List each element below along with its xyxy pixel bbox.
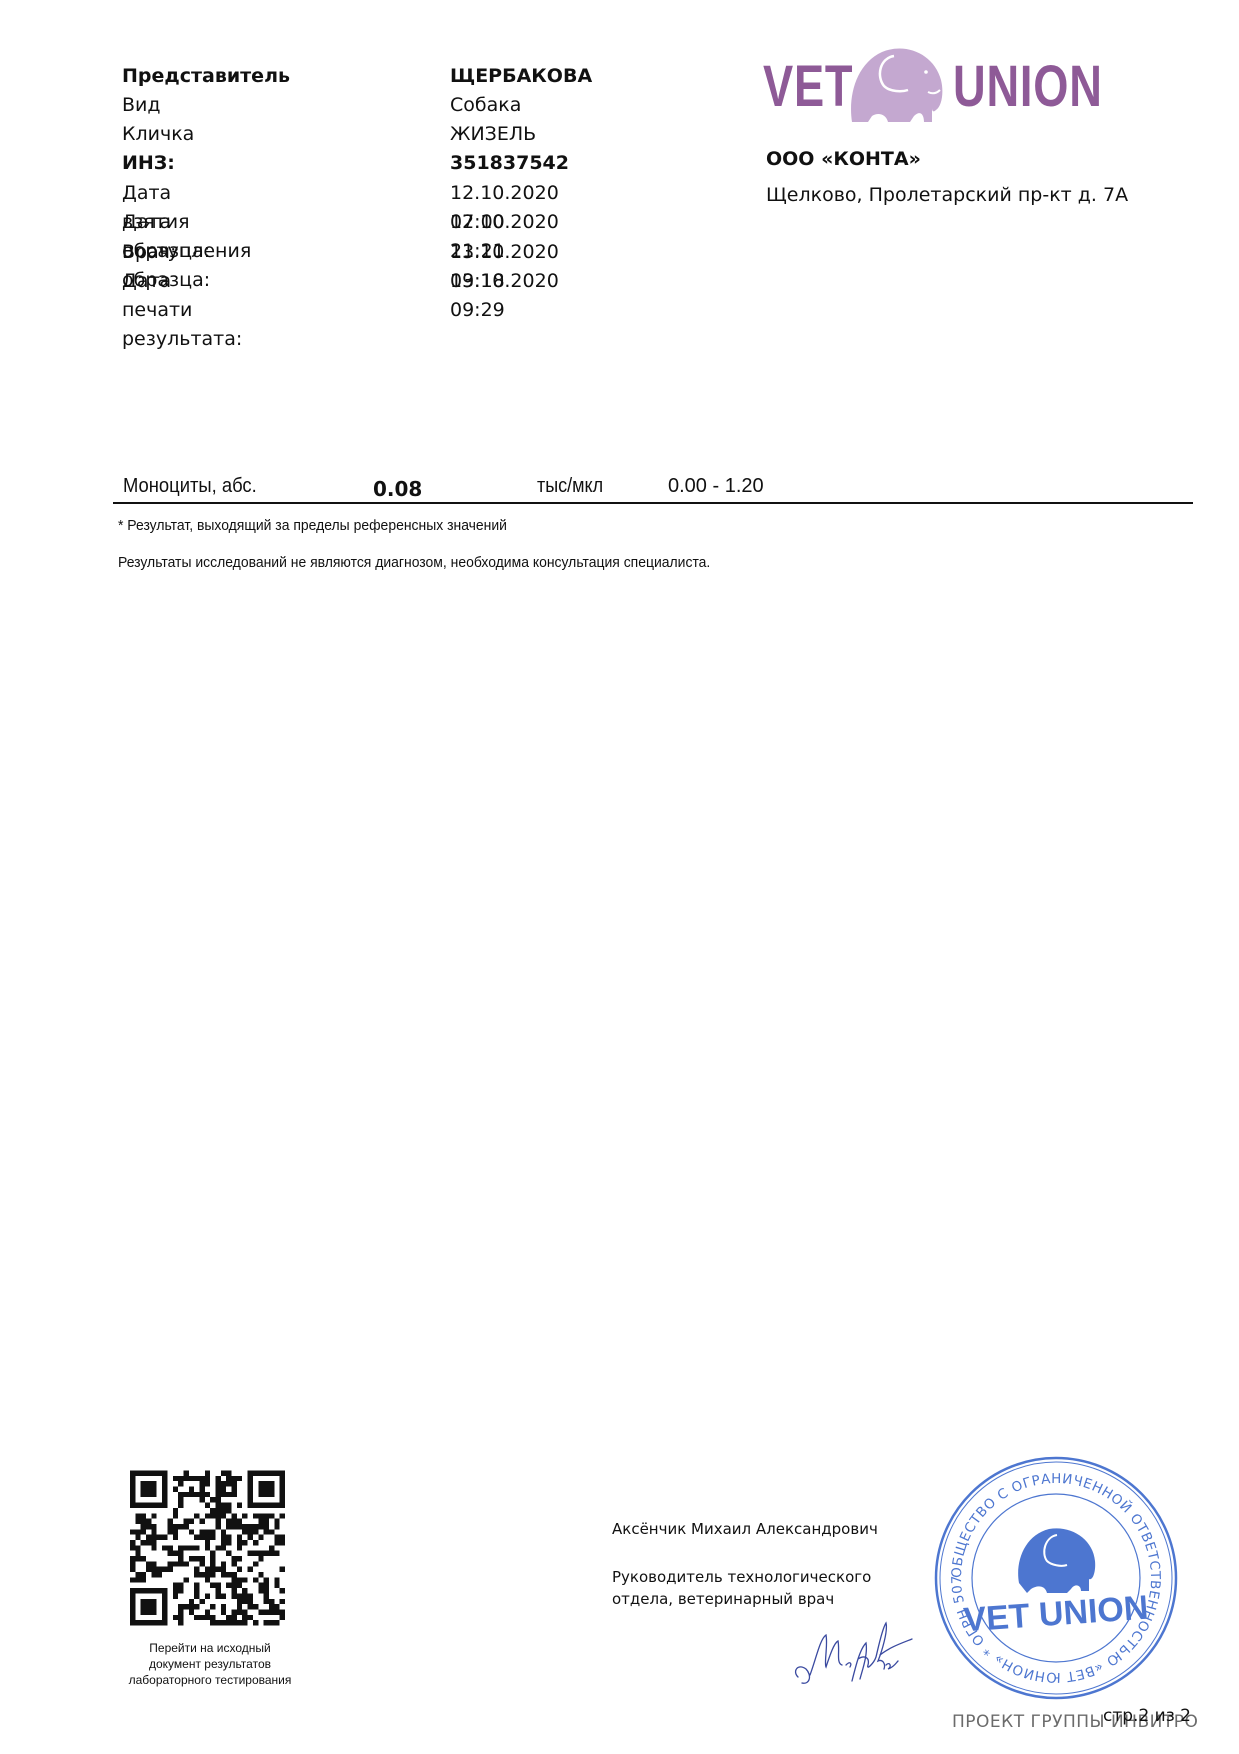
signature-icon xyxy=(790,1615,915,1690)
info-label: Врач: xyxy=(122,238,176,267)
info-value: 13.10.2020 09:29 xyxy=(450,267,559,325)
footnote: * Результат, выходящий за пределы рефере… xyxy=(118,517,507,534)
company-stamp-icon: ОБЩЕСТВО С ОГРАНИЧЕННОЙ ОТВЕТСТВЕННОСТЬЮ… xyxy=(933,1455,1179,1701)
lab-company: ООО «КОНТА» xyxy=(766,148,921,170)
stamp-center-text: VET UNION xyxy=(962,1589,1149,1640)
page-number: стр.2 из 2 xyxy=(1103,1706,1191,1726)
logo-text-union: UNION xyxy=(953,58,1103,116)
elephant-icon xyxy=(848,46,944,124)
vet-union-logo: VET UNION xyxy=(760,44,1100,124)
result-name: Моноциты, абс. xyxy=(123,475,257,498)
qr-code-icon[interactable] xyxy=(130,1469,285,1627)
info-value: Собака xyxy=(450,91,521,120)
signer-name: Аксёнчик Михаил Александрович xyxy=(612,1520,878,1538)
qr-caption-line: Перейти на исходный xyxy=(115,1640,305,1656)
qr-caption-line: лабораторного тестирования xyxy=(115,1672,305,1688)
lab-address: Щелково, Пролетарский пр-кт д. 7А xyxy=(766,184,1128,206)
info-label: ИНЗ: xyxy=(122,149,175,178)
logo-text-vet: VET xyxy=(763,58,853,116)
info-value: 351837542 xyxy=(450,149,569,178)
info-label: Представитель xyxy=(122,62,290,91)
result-unit: тыс/мкл xyxy=(537,475,603,498)
info-value: ЖИЗЕЛЬ xyxy=(450,120,536,149)
result-row: Моноциты, абс. 0.08 тыс/мкл 0.00 - 1.20 xyxy=(113,473,1193,503)
signer-title-line: отдела, ветеринарный врач xyxy=(612,1588,871,1610)
info-label: Кличка xyxy=(122,120,194,149)
info-label: Вид xyxy=(122,91,161,120)
result-reference-range: 0.00 - 1.20 xyxy=(668,475,764,498)
qr-caption: Перейти на исходный документ результатов… xyxy=(115,1640,305,1688)
info-value: ЩЕРБАКОВА xyxy=(450,62,592,91)
disclaimer: Результаты исследований не являются диаг… xyxy=(118,554,710,571)
info-label: Дата печати результата: xyxy=(122,267,242,354)
signer-title: Руководитель технологического отдела, ве… xyxy=(612,1566,871,1610)
signer-title-line: Руководитель технологического xyxy=(612,1566,871,1588)
result-value: 0.08 xyxy=(373,477,422,501)
result-separator xyxy=(113,502,1193,504)
qr-caption-line: документ результатов xyxy=(115,1656,305,1672)
